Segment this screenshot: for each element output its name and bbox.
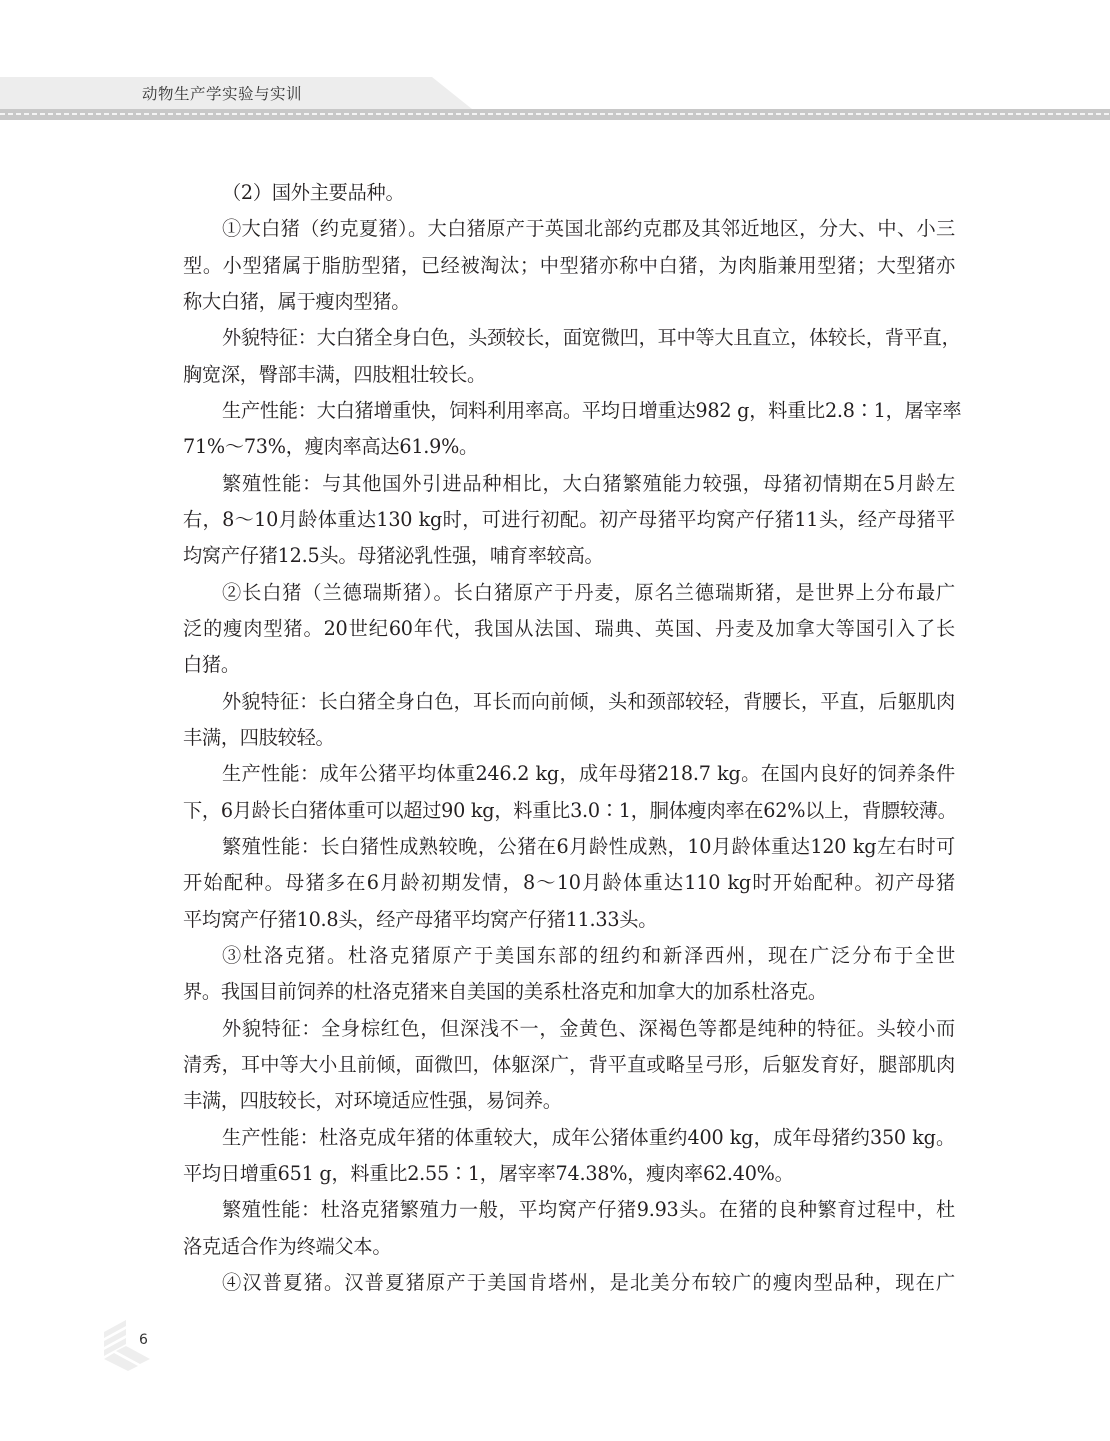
paragraph-line: 泛的瘦肉型猪。20世纪60年代，我国从法国、瑞典、英国、丹麦及加拿大等国引入了长	[183, 615, 955, 651]
paragraph-line: 界。我国目前饲养的杜洛克猪来自美国的美系杜洛克和加拿大的加系杜洛克。	[183, 978, 955, 1014]
paragraph-line: 洛克适合作为终端父本。	[183, 1233, 955, 1269]
paragraph-line: 胸宽深，臀部丰满，四肢粗壮较长。	[183, 361, 955, 397]
paragraph-first-line: ②长白猪（兰德瑞斯猪）。长白猪原产于丹麦，原名兰德瑞斯猪，是世界上分布最广	[183, 579, 955, 615]
header-dashed-rule	[0, 109, 1110, 120]
paragraph-first-line: 外貌特征：长白猪全身白色，耳长而向前倾，头和颈部较轻，背腰长，平直，后躯肌肉	[183, 688, 955, 724]
paragraph-first-line: 繁殖性能：与其他国外引进品种相比，大白猪繁殖能力较强，母猪初情期在5月龄左	[183, 470, 955, 506]
paragraph-line: 丰满，四肢较长，对环境适应性强，易饲养。	[183, 1087, 955, 1123]
running-header-title: 动物生产学实验与实训	[142, 80, 302, 108]
paragraph-line: 开始配种。母猪多在6月龄初期发情，8～10月龄体重达110 kg时开始配种。初产…	[183, 869, 955, 905]
paragraph-line: 均窝产仔猪12.5头。母猪泌乳性强，哺育率较高。	[183, 542, 955, 578]
paragraph-line: 平均窝产仔猪10.8头，经产母猪平均窝产仔猪11.33头。	[183, 906, 955, 942]
paragraph-line: 清秀，耳中等大小且前倾，面微凹，体躯深广，背平直或略呈弓形，后躯发育好，腿部肌肉	[183, 1051, 955, 1087]
paragraph-first-line: 生产性能：大白猪增重快，饲料利用率高。平均日增重达982 g，料重比2.8∶1，…	[183, 397, 955, 433]
paragraph-first-line: 外貌特征：全身棕红色，但深浅不一，金黄色、深褐色等都是纯种的特征。头较小而	[183, 1015, 955, 1051]
paragraph-line: 白猪。	[183, 651, 955, 687]
dashed-line	[0, 113, 1110, 115]
paragraph-first-line: 外貌特征：大白猪全身白色，头颈较长，面宽微凹，耳中等大且直立，体较长，背平直，	[183, 324, 955, 360]
paragraph-first-line: ④汉普夏猪。汉普夏猪原产于美国肯塔州，是北美分布较广的瘦肉型品种，现在广	[183, 1269, 955, 1305]
paragraph-line: 下，6月龄长白猪体重可以超过90 kg，料重比3.0∶1，胴体瘦肉率在62%以上…	[183, 797, 955, 833]
paragraph-first-line: 生产性能：成年公猪平均体重246.2 kg，成年母猪218.7 kg。在国内良好…	[183, 760, 955, 796]
paragraph-first-line: 繁殖性能：杜洛克猪繁殖力一般，平均窝产仔猪9.93头。在猪的良种繁育过程中，杜	[183, 1196, 955, 1232]
page-corner-stripes-icon	[100, 1318, 160, 1374]
page-number: 6	[139, 1332, 148, 1348]
paragraph-line: 右，8～10月龄体重达130 kg时，可进行初配。初产母猪平均窝产仔猪11头，经…	[183, 506, 955, 542]
paragraph-line: 丰满，四肢较轻。	[183, 724, 955, 760]
paragraph-first-line: ①大白猪（约克夏猪）。大白猪原产于英国北部约克郡及其邻近地区，分大、中、小三	[183, 215, 955, 251]
paragraph-first-line: 繁殖性能：长白猪性成熟较晚，公猪在6月龄性成熟，10月龄体重达120 kg左右时…	[183, 833, 955, 869]
body-text: （2）国外主要品种。①大白猪（约克夏猪）。大白猪原产于英国北部约克郡及其邻近地区…	[183, 179, 955, 1305]
paragraph-line: 平均日增重651 g，料重比2.55∶1，屠宰率74.38%，瘦肉率62.40%…	[183, 1160, 955, 1196]
paragraph-line: 型。小型猪属于脂肪型猪，已经被淘汰；中型猪亦称中白猪，为肉脂兼用型猪；大型猪亦	[183, 252, 955, 288]
paragraph-line: 称大白猪，属于瘦肉型猪。	[183, 288, 955, 324]
paragraph-first-line: （2）国外主要品种。	[183, 179, 955, 215]
paragraph-first-line: ③杜洛克猪。杜洛克猪原产于美国东部的纽约和新泽西州，现在广泛分布于全世	[183, 942, 955, 978]
paragraph-first-line: 生产性能：杜洛克成年猪的体重较大，成年公猪体重约400 kg，成年母猪约350 …	[183, 1124, 955, 1160]
paragraph-line: 71%～73%，瘦肉率高达61.9%。	[183, 433, 955, 469]
